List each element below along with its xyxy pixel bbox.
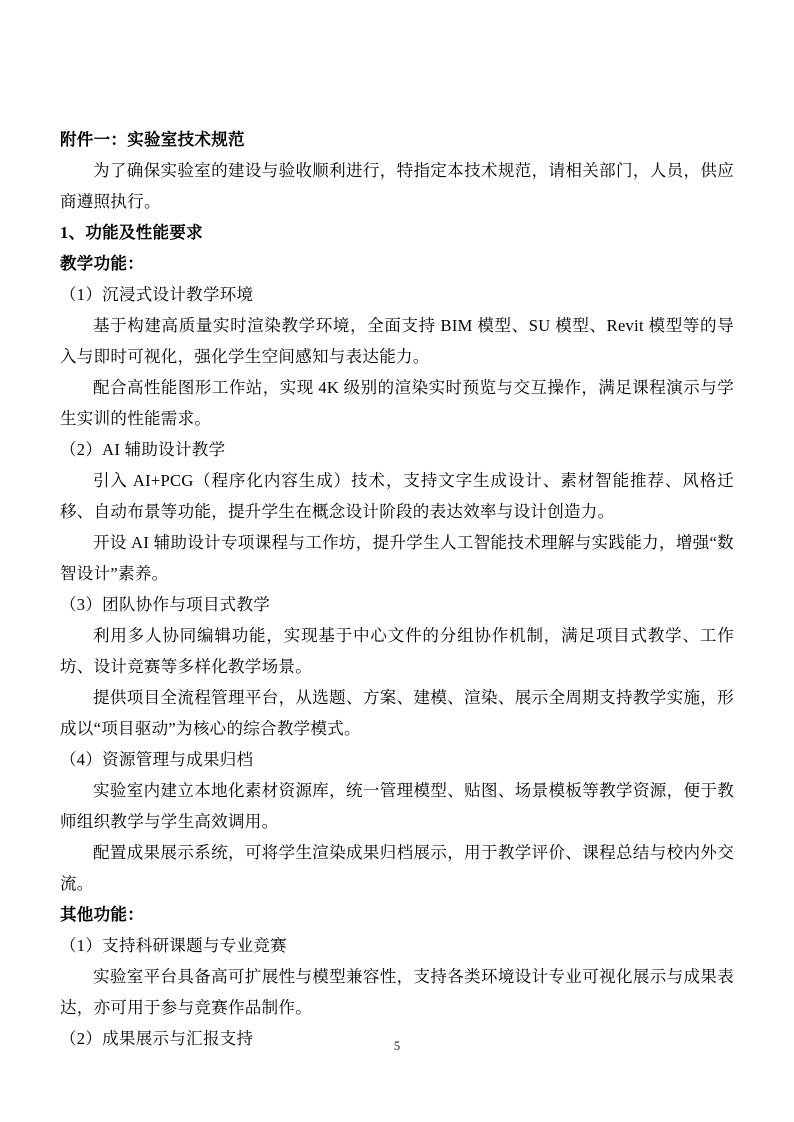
doc-paragraph: 基于构建高质量实时渲染教学环境，全面支持 BIM 模型、SU 模型、Revit …: [60, 310, 734, 372]
doc-heading: 其他功能：: [60, 899, 734, 930]
doc-subitem: （3）团队协作与项目式教学: [60, 589, 734, 620]
page-number: 5: [394, 1039, 400, 1053]
doc-heading: 1、功能及性能要求: [60, 217, 734, 248]
doc-paragraph: 实验室平台具备高可扩展性与模型兼容性，支持各类环境设计专业可视化展示与成果表达，…: [60, 961, 734, 1023]
page-footer: 5: [0, 1036, 794, 1056]
doc-paragraph: 开设 AI 辅助设计专项课程与工作坊，提升学生人工智能技术理解与实践能力，增强“…: [60, 527, 734, 589]
doc-subitem: （1）支持科研课题与专业竞赛: [60, 930, 734, 961]
doc-paragraph: 实验室内建立本地化素材资源库，统一管理模型、贴图、场景模板等教学资源，便于教师组…: [60, 775, 734, 837]
document-body: 附件一：实验室技术规范为了确保实验室的建设与验收顺利进行，特指定本技术规范，请相…: [60, 124, 734, 1054]
doc-paragraph: 利用多人协同编辑功能，实现基于中心文件的分组协作机制，满足项目式教学、工作坊、设…: [60, 620, 734, 682]
doc-subitem: （4）资源管理与成果归档: [60, 744, 734, 775]
doc-paragraph: 引入 AI+PCG（程序化内容生成）技术，支持文字生成设计、素材智能推荐、风格迁…: [60, 465, 734, 527]
document-page: 附件一：实验室技术规范为了确保实验室的建设与验收顺利进行，特指定本技术规范，请相…: [0, 0, 794, 1122]
doc-paragraph: 为了确保实验室的建设与验收顺利进行，特指定本技术规范，请相关部门，人员，供应商遵…: [60, 155, 734, 217]
doc-heading: 教学功能：: [60, 248, 734, 279]
doc-paragraph: 提供项目全流程管理平台，从选题、方案、建模、渲染、展示全周期支持教学实施，形成以…: [60, 682, 734, 744]
doc-paragraph: 配置成果展示系统，可将学生渲染成果归档展示，用于教学评价、课程总结与校内外交流。: [60, 837, 734, 899]
doc-paragraph: 配合高性能图形工作站，实现 4K 级别的渲染实时预览与交互操作，满足课程演示与学…: [60, 372, 734, 434]
doc-subitem: （2）AI 辅助设计教学: [60, 434, 734, 465]
doc-heading: 附件一：实验室技术规范: [60, 124, 734, 155]
doc-subitem: （1）沉浸式设计教学环境: [60, 279, 734, 310]
